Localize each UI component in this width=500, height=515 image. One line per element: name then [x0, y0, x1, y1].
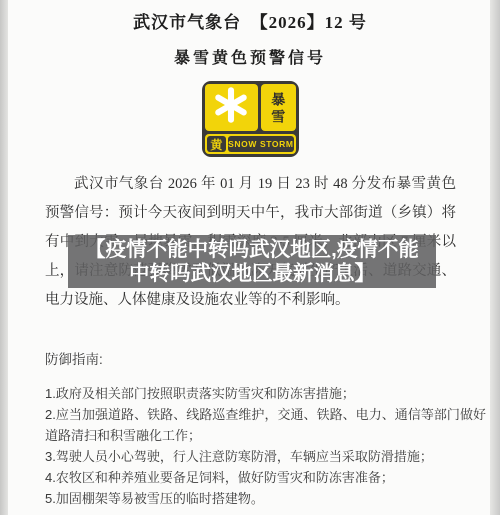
warning-document-page: 武汉市气象台 【2026】12 号 暴雪黄色预警信号 暴雪 黄: [0, 0, 500, 515]
defense-guide-item-5: 5.加固棚架等易被雪压的临时搭建物。: [45, 488, 486, 509]
watermark-overlay-line2: 中转吗武汉地区最新消息】: [129, 262, 375, 286]
document-subtitle: 暴雪黄色预警信号: [0, 45, 500, 68]
page-right-edge: [490, 0, 500, 515]
defense-guide-item-2: 2.应当加强道路、铁路、线路巡查维护，交通、铁路、电力、通信等部门做好道路清扫和…: [45, 404, 486, 446]
snowflake-icon: [212, 86, 250, 129]
defense-guide-section: 防御指南: 1.政府及相关部门按照职责落实防雪灾和防冻害措施； 2.应当加强道路…: [45, 348, 486, 509]
document-title: 武汉市气象台 【2026】12 号: [0, 8, 500, 33]
warning-icon-top-row: 暴雪: [205, 84, 296, 131]
defense-guide-item-3: 3.驾驶人员小心驾驶，行人注意防寒防滑，车辆应当采取防滑措施；: [45, 446, 486, 467]
defense-guide-item-1: 1.政府及相关部门按照职责落实防雪灾和防冻害措施；: [45, 383, 486, 404]
warning-level-badge: 黄: [207, 136, 227, 152]
warning-english-badge: SNOW STORM: [228, 136, 293, 152]
document-header: 武汉市气象台 【2026】12 号 暴雪黄色预警信号: [0, 0, 500, 68]
defense-guide-title: 防御指南:: [45, 348, 486, 368]
warning-type-label: 暴雪: [261, 84, 296, 131]
warning-icon-bottom-row: 黄 SNOW STORM: [205, 134, 296, 154]
watermark-overlay-line1: 【疫情不能中转吗武汉地区,疫情不能: [85, 238, 419, 262]
defense-guide-item-4: 4.农牧区和种养殖业要备足饲料，做好防雪灾和防冻害准备；: [45, 467, 486, 488]
watermark-overlay: 【疫情不能中转吗武汉地区,疫情不能 中转吗武汉地区最新消息】: [68, 235, 436, 288]
snowflake-cell: [205, 84, 258, 131]
snowstorm-yellow-warning-icon: 暴雪 黄 SNOW STORM: [202, 81, 299, 157]
page-left-edge: [0, 0, 8, 515]
